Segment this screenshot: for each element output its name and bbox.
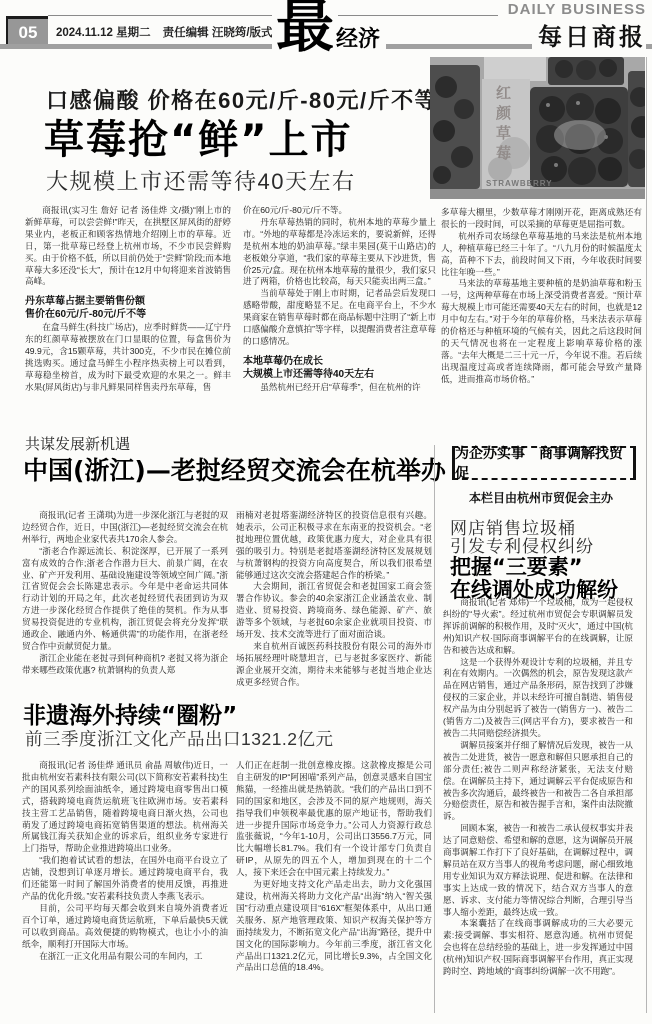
newspaper-page: 05 2024.11.12 星期二责任编辑 汪晓筠/版式设计 越方 最 经济 D… xyxy=(0,0,652,1024)
laos-headline: 中国(浙江)—老挝经贸交流会在杭举办 xyxy=(23,451,446,487)
subhead: 售价在60元/斤-80元/斤不等 xyxy=(25,309,231,321)
paragraph: 回顾本案，被告一和被告二承认侵权事实并表达了同意赔偿、希望和解的意愿，这为调解员… xyxy=(443,823,633,918)
paragraph: 商报讯(记者 王潇琪)为进一步深化浙江与老挝的双边经贸合作，近日，中国(浙江)—… xyxy=(22,510,228,546)
laos-column-2: 雨楠对老挝塔銮湖经济特区的投资信息很有兴趣。她表示，公司正积极寻求在东南亚的投资… xyxy=(236,510,432,697)
paragraph: 雨楠对老挝塔銮湖经济特区的投资信息很有兴趣。她表示，公司正积极寻求在东南亚的投资… xyxy=(236,510,432,581)
paragraph: 浙江企业能在老挝寻到何种商机? 老挝又将为浙企带来哪些政策优惠? 杭萧钢构的负责… xyxy=(22,653,228,677)
paragraph: 商报讯(实习生 詹好 记者 汤佳烨 文/摄)“刚上市的新鲜草莓，可以尝尝鲜!”昨… xyxy=(25,205,231,288)
photo-illustration xyxy=(430,57,645,199)
masthead-english: DAILY BUSINESS xyxy=(508,1,646,18)
paragraph: 在浙江一正文化用品有限公司的车间内，工 xyxy=(22,951,228,963)
lead-headline: 草莓抢“鲜”上市 xyxy=(44,108,353,165)
paragraph: 大会期间，浙江省贸促会和老挝国家工商会签署合作协议。参会的40余家浙江企业涵盖农… xyxy=(236,581,432,641)
paragraph: 价在60元/斤-80元/斤不等。 xyxy=(243,205,436,217)
laos-column-1: 商报讯(记者 王潇琪)为进一步深化浙江与老挝的双边经贸合作，近日，中国(浙江)—… xyxy=(22,510,228,697)
culture-column-2: 人们正在赶制一批创意橡皮擦。这款橡皮擦是公司自主研发的IP“阿困喵”系列产品，创… xyxy=(236,760,432,1013)
paragraph: 本案囊括了在线商事调解成功的三大必要元素:接受调解、事实相符、愿意沟通。杭州市贸… xyxy=(443,918,633,978)
culture-column-1: 商报讯(记者 汤佳烨 通讯员 俞晶 周敏伟)近日，一批由杭州安若素科技有限公司(… xyxy=(22,760,228,1013)
paragraph: 多草莓大棚里，少数草莓才刚刚开花，距离成熟还有很长的一段时间，可以采摘的草莓更是… xyxy=(441,207,642,231)
paragraph: 目前，公司平均每天都会收到来自境外消费者近百个订单，通过跨境电商货运航班，下单后… xyxy=(22,903,228,951)
culture-deck: 前三季度浙江文化产品出口1321.2亿元 xyxy=(25,726,334,751)
column-divider-rule xyxy=(434,445,435,1013)
subhead: 本地草莓仍在成长 xyxy=(243,356,436,368)
section-logo-label: 经济 xyxy=(336,22,386,53)
paragraph: 为更好地支持文化产品走出去，助力文化强国建设，杭州海关将助力文化产品“出海”纳入… xyxy=(236,879,432,974)
lead-column-2: 价在60元/斤-80元/斤不等。 丹东草莓热销的同时，杭州本地的草莓少量上市。“… xyxy=(243,205,436,421)
masthead-chinese: 每日商报 xyxy=(532,17,646,52)
lead-deck: 大规模上市还需等待40天左右 xyxy=(46,165,355,196)
lead-column-3: 多草莓大棚里，少数草莓才刚刚开花，距离成熟还有很长的一段时间，可以采摘的草莓更是… xyxy=(441,207,642,425)
page-number-badge: 05 xyxy=(6,16,48,46)
paragraph: 当前草莓处于刚上市时期，记者品尝后发现口感略带酸，甜度略显不足。在电商平台上，不… xyxy=(243,288,436,348)
paragraph: “浙老合作源远流长、积淀深厚，已开展了一系列富有成效的合作;浙老合作潜力巨大、前… xyxy=(22,546,228,653)
sidebar-body-column: 商报讯(记者 郑炜)一个垃圾桶，成为一起侵权纠纷的“导火索”。经过杭州市贸促会专… xyxy=(443,597,633,1015)
paragraph: “我们抱着试试看的想法，在国外电商平台设立了店铺，没想到订单逐月增长。通过跨境电… xyxy=(22,855,228,903)
paragraph: 商报讯(记者 郑炜)一个垃圾桶，成为一起侵权纠纷的“导火索”。经过杭州市贸促会专… xyxy=(443,597,633,657)
section-logo-character: 最 xyxy=(272,0,338,56)
photo-package-label-en: STRAWBERRY xyxy=(486,179,553,188)
sidebar-organizer: 本栏目由杭州市贸促会主办 xyxy=(448,489,634,506)
paragraph: 来自杭州百诚医药科技股份有限公司的海外市场拓展经理叶晓慧坦言，已与老挝多家医疗、… xyxy=(236,641,432,689)
paragraph: 在盒马鲜生(科技广场店)，应季时鲜货——辽宁丹东的红颜草莓被摆放在门口显眼的位置… xyxy=(25,322,231,393)
paragraph: 丹东草莓热销的同时，杭州本地的草莓少量上市。“外地的草莓都是冷冻运来的，要说新鲜… xyxy=(243,217,436,288)
date-text: 2024.11.12 星期二 xyxy=(56,27,151,39)
subhead: 丹东草莓占据主要销售份额 xyxy=(25,296,231,308)
paragraph: 人们正在赶制一批创意橡皮擦。这款橡皮擦是公司自主研发的IP“阿困喵”系列产品，创… xyxy=(236,760,432,879)
paragraph: 调解员接案并仔细了解情况后发现，被告一从被告二处进货，被告一愿意和解但只愿承担自… xyxy=(443,740,633,823)
paragraph: 商报讯(记者 汤佳烨 通讯员 俞晶 周敏伟)近日，一批由杭州安若素科技有限公司(… xyxy=(22,760,228,855)
paragraph: 马来法的草莓基地主要种植的是奶油草莓和粉玉一号，这两种草莓在市场上深受消费者喜爱… xyxy=(441,278,642,385)
paragraph: 虽然杭州已经开启“草莓季”，但在杭州的许 xyxy=(243,382,436,394)
lead-column-1: 商报讯(实习生 詹好 记者 汤佳烨 文/摄)“刚上市的新鲜草莓，可以尝尝鲜!”昨… xyxy=(25,205,231,421)
subhead: 大规模上市还需等待40天左右 xyxy=(243,369,436,381)
paragraph: 这是一个获得外观设计专利的垃圾桶，并且专利在有效期内。一次偶然的机会，原告发现这… xyxy=(443,657,633,740)
photo-package-label-cn: 红颜草莓 xyxy=(492,85,513,165)
sidebar-banner-text: 为企办实事 商事调解找贸促 xyxy=(455,443,633,483)
sidebar-banner-box: 为企办实事 商事调解找贸促 xyxy=(452,446,636,480)
paragraph: 杭州乔司农场绿色草莓基地的马来法是杭州本地人，种植草莓已经三十年了。“八九月份的… xyxy=(441,231,642,279)
page-edge-rule xyxy=(646,57,647,1013)
strawberry-photo: 红颜草莓 STRAWBERRY xyxy=(430,57,645,199)
